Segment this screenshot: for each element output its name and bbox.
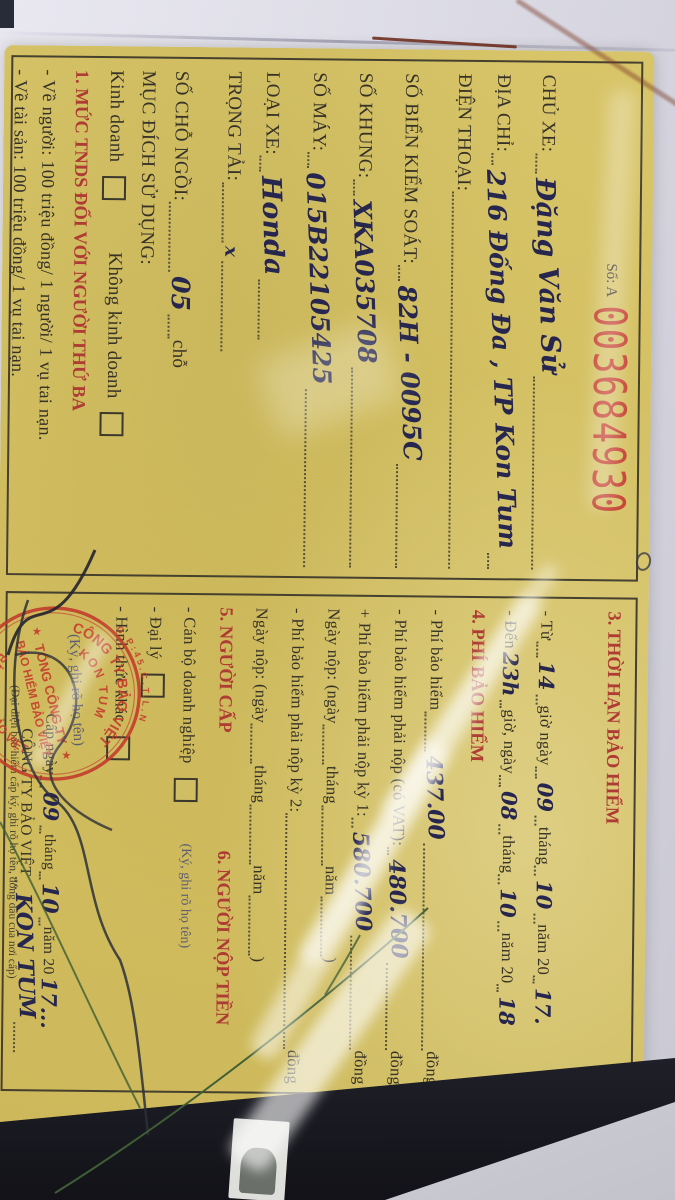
dotted-leader [448,192,459,569]
id-photo-figure [239,1147,278,1195]
row-address: ĐỊA CHỈ: 216 Đống Đa , TP Kon Tum [487,74,521,570]
insurance-card: Số: A 003684930 CHỦ XE: Đặng Văn Sử ĐỊA … [0,45,654,1138]
dotted-leader [500,700,507,708]
issue-year-label: năm 20 [39,927,58,975]
row-fee-term1: + Phí bảo hiểm phải nộp kỳ 1: 580.700 đồ… [349,609,380,1085]
dotted-leader [320,896,328,956]
dotted-leader [499,775,506,787]
chassis-value-handwritten: XKA035708 [347,196,382,367]
plate-label: SỐ BIỂN KIỂM SOÁT: [398,73,422,264]
dotted-leader [531,377,540,570]
chassis-label: SỐ KHUNG: [353,73,376,179]
dotted-leader [250,724,257,764]
dotted-leader [424,711,431,751]
serial-number-block: Số: A 003684930 [581,263,637,567]
row-section3-title: 3. THỜI HẠN BẢO HIỂM [598,611,624,1087]
dotted-leader [533,913,540,923]
staff-option-label: - Cán bộ doanh nghiệp [178,607,200,764]
fee-term1-label: + Phí bảo hiểm phải nộp kỳ 1: [352,609,374,817]
pay-date1-label: Ngày nộp: (ngày [322,608,343,724]
stamp-star-left: ★ [29,625,43,638]
spacer [218,733,219,851]
plate-value-handwritten: 82H - 0095C [392,282,427,465]
row-liability-property: - Về tài sản: 100 triệu đồng/ 1 vụ tai n… [5,69,31,565]
address-value-handwritten: 216 Đống Đa , TP Kon Tum [481,166,523,552]
usage-purpose-label: MỤC ĐÍCH SỬ DỤNG: [135,70,159,265]
seats-label: SỐ CHỖ NGỒI: [169,71,192,202]
spacer [109,200,110,252]
from-day-handwritten: 09 [532,780,557,815]
dotted-leader [167,315,174,339]
fee-term1-value-handwritten: 580.700 [347,829,376,935]
dotted-leader [303,389,312,568]
pay-date1-close: ) [320,957,340,963]
row-valid-from: - Từ 14 giờ ngày 09 tháng 10 năm 20 17. [532,611,562,1087]
dotted-leader [498,874,505,884]
vehicle-info-panel: Số: A 003684930 CHỦ XE: Đặng Văn Sử ĐỊA … [6,55,643,582]
row-section1-title: 1. MỨC TNDS ĐỐI VỚI NGƯỜI THỨ BA [65,70,91,566]
pay-date1-month-label: tháng [322,766,342,804]
pay-date2-close: ) [248,956,268,962]
to-day-handwritten: 08 [496,788,521,823]
pay-date2-month-label: tháng [250,765,270,803]
engine-label: SỐ MÁY: [307,72,330,151]
seats-value-handwritten: 05 [166,273,195,314]
section3-title: 3. THỜI HẠN BẢO HIỂM [600,611,623,824]
payload-label: TRỌNG TẢI: [222,71,245,181]
row-plate: SỐ BIỂN KIỂM SOÁT: 82H - 0095C [395,73,429,569]
dotted-leader [421,844,430,1051]
address-label: ĐỊA CHỈ: [491,74,514,152]
row-pay-date1: Ngày nộp: (ngày tháng năm ) [319,608,344,1084]
dotted-leader [491,153,498,165]
row-liability-person: - Về người: 100 triệu đồng/ 1 người/ 1 v… [33,69,59,565]
row-fee-term2: - Phí bảo hiểm phải nộp kỳ 2: đồng [283,608,308,1084]
serial-prefix: Số: A [602,263,619,297]
to-month-handwritten: 10 [495,885,520,920]
pay-date2-year-label: năm [249,865,269,895]
dotted-leader [398,265,405,281]
fee-value-handwritten: 437.00 [420,752,449,843]
row-payload: TRỌNG TẢI: x [218,71,245,567]
non-business-checkbox [99,412,123,436]
dotted-leader [349,367,358,568]
row-phone: ĐIỆN THOẠI: [448,74,475,570]
row-valid-to: - Đến 23h giờ, ngày 08 tháng 10 năm 20 1… [496,610,526,1086]
dotted-leader [535,767,542,779]
agent-option-label: - Đại lý [145,607,166,660]
row-fee: - Phí bảo hiểm 437.00 đồng [421,609,452,1085]
issue-month-label: tháng [40,834,58,870]
dotted-leader [322,725,329,765]
row-pay-date2: Ngày nộp: (ngày tháng năm ) [247,608,272,1084]
row-engine: SỐ MÁY: 015B22105425 [303,72,337,568]
dotted-leader [497,984,504,992]
row-seats: SỐ CHỖ NGỒI: 05 chỗ [165,71,199,567]
dotted-leader [395,465,403,569]
vehicle-type-value-handwritten: Honda [255,172,289,279]
dotted-leader [168,202,176,272]
dotted-leader [385,963,393,1050]
vehicle-type-label: LOẠI XE: [260,72,283,155]
dotted-leader [498,824,505,834]
fee-vat-value-handwritten: 480.700 [383,856,412,962]
dotted-leader [349,935,357,1049]
dotted-leader [249,804,257,864]
dotted-leader [534,866,541,876]
row-business-checkboxes: Kinh doanh Không kinh doanh [98,70,127,566]
seats-suffix: chỗ [167,340,189,369]
dotted-leader [321,805,329,865]
dotted-leader [248,895,256,955]
dotted-leader [533,976,540,984]
row-owner: CHỦ XE: Đặng Văn Sử [531,75,567,571]
to-year-handwritten: 18 [494,993,519,1028]
rotated-document: Số: A 003684930 CHỦ XE: Đặng Văn Sử ĐỊA … [0,0,673,1200]
dotted-leader [535,153,542,173]
payload-value-handwritten: x [220,243,241,260]
row-usage-purpose: MỤC ĐÍCH SỬ DỤNG: [132,70,159,566]
fee-label: - Phí bảo hiểm [426,609,447,710]
fee-term1-unit: đồng [350,1050,370,1084]
phone-label: ĐIỆN THOẠI: [452,74,475,192]
fee-term2-label: - Phí bảo hiểm phải nộp kỳ 2: [285,608,307,813]
owner-label: CHỦ XE: [536,75,559,153]
fee-vat-unit: đồng [386,1051,406,1085]
to-year-label: năm 20 [497,933,518,984]
pay-date2-label: Ngày nộp: (ngày [250,608,271,724]
photo-insurance-certificate: Số: A 003684930 CHỦ XE: Đặng Văn Sử ĐỊA … [0,0,675,1200]
dotted-leader [536,694,543,704]
dotted-leader [497,922,504,932]
dotted-leader [536,641,543,657]
liability-property-text: - Về tài sản: 100 triệu đồng/ 1 vụ tai n… [7,69,31,377]
business-checkbox [102,176,126,200]
staff-checkbox [174,777,198,801]
row-vehicle-type: LOẠI XE: Honda [255,72,291,568]
row-sections-5-6: 5. NGƯỜI CẤP 6. NGƯỜI NỘP TIỀN [210,607,236,1083]
dotted-leader [307,152,314,168]
pay-date1-year-label: năm [321,866,341,896]
dotted-leader [353,179,360,195]
from-label: - Từ [536,611,556,641]
liability-person-text: - Về người: 100 triệu đồng/ 1 người/ 1 v… [34,69,59,440]
row-section4-title: 4. PHÍ BẢO HIỂM [462,610,488,1086]
from-month-label: tháng [534,827,554,865]
owner-value-handwritten: Đặng Văn Sử [529,174,567,377]
dotted-leader [257,279,265,339]
dotted-leader [387,847,394,855]
from-month-handwritten: 10 [531,877,556,912]
row-issuer-staff: - Cán bộ doanh nghiệp (Ký, ghi rõ họ tên… [171,607,200,1083]
sleeve-dark-corner [0,0,14,28]
issue-year-handwritten: 17... [36,974,62,1031]
dotted-leader [534,816,541,826]
from-year-handwritten: 17. [530,985,555,1028]
to-day-label: giờ, ngày [499,709,520,774]
section5-title: 5. NGƯỜI CẤP [213,607,235,732]
from-hour-handwritten: 14 [534,658,559,693]
section6-title: 6. NGƯỜI NỘP TIỀN [210,850,233,1025]
business-label: Kinh doanh [104,70,127,162]
row-chassis: SỐ KHUNG: XKA035708 [349,73,383,569]
dotted-leader [283,813,292,1048]
issue-day-handwritten: 09 [38,789,63,824]
serial-number: 003684930 [582,305,637,515]
from-day-label: giờ ngày [535,705,556,765]
dotted-leader [221,182,229,242]
non-business-label: Không kinh doanh [102,252,126,398]
to-month-label: tháng [498,835,518,873]
from-year-label: năm 20 [533,924,554,975]
section4-title: 4. PHÍ BẢO HIỂM [465,610,488,762]
dotted-leader [220,261,228,351]
to-label: - Đến [500,610,520,649]
stamp-star-right: ★ [59,749,73,762]
engine-value-handwritten: 015B22105425 [300,169,336,388]
row-fee-vat: - Phí bảo hiểm phải nộp (có VAT): 480.70… [385,609,416,1085]
section1-title: 1. MỨC TNDS ĐỐI VỚI NGƯỜI THỨ BA [67,70,92,411]
small-id-photo [228,1118,289,1200]
to-hour-handwritten: 23h [498,649,524,700]
dotted-leader [259,156,266,172]
sign-note-section6: (Ký, ghi rõ họ tên) [176,843,193,948]
dotted-leader [351,818,358,828]
fee-vat-label: - Phí bảo hiểm phải nộp (có VAT): [388,609,410,846]
fee-term2-unit: đồng [283,1050,303,1084]
dotted-leader [487,553,494,569]
